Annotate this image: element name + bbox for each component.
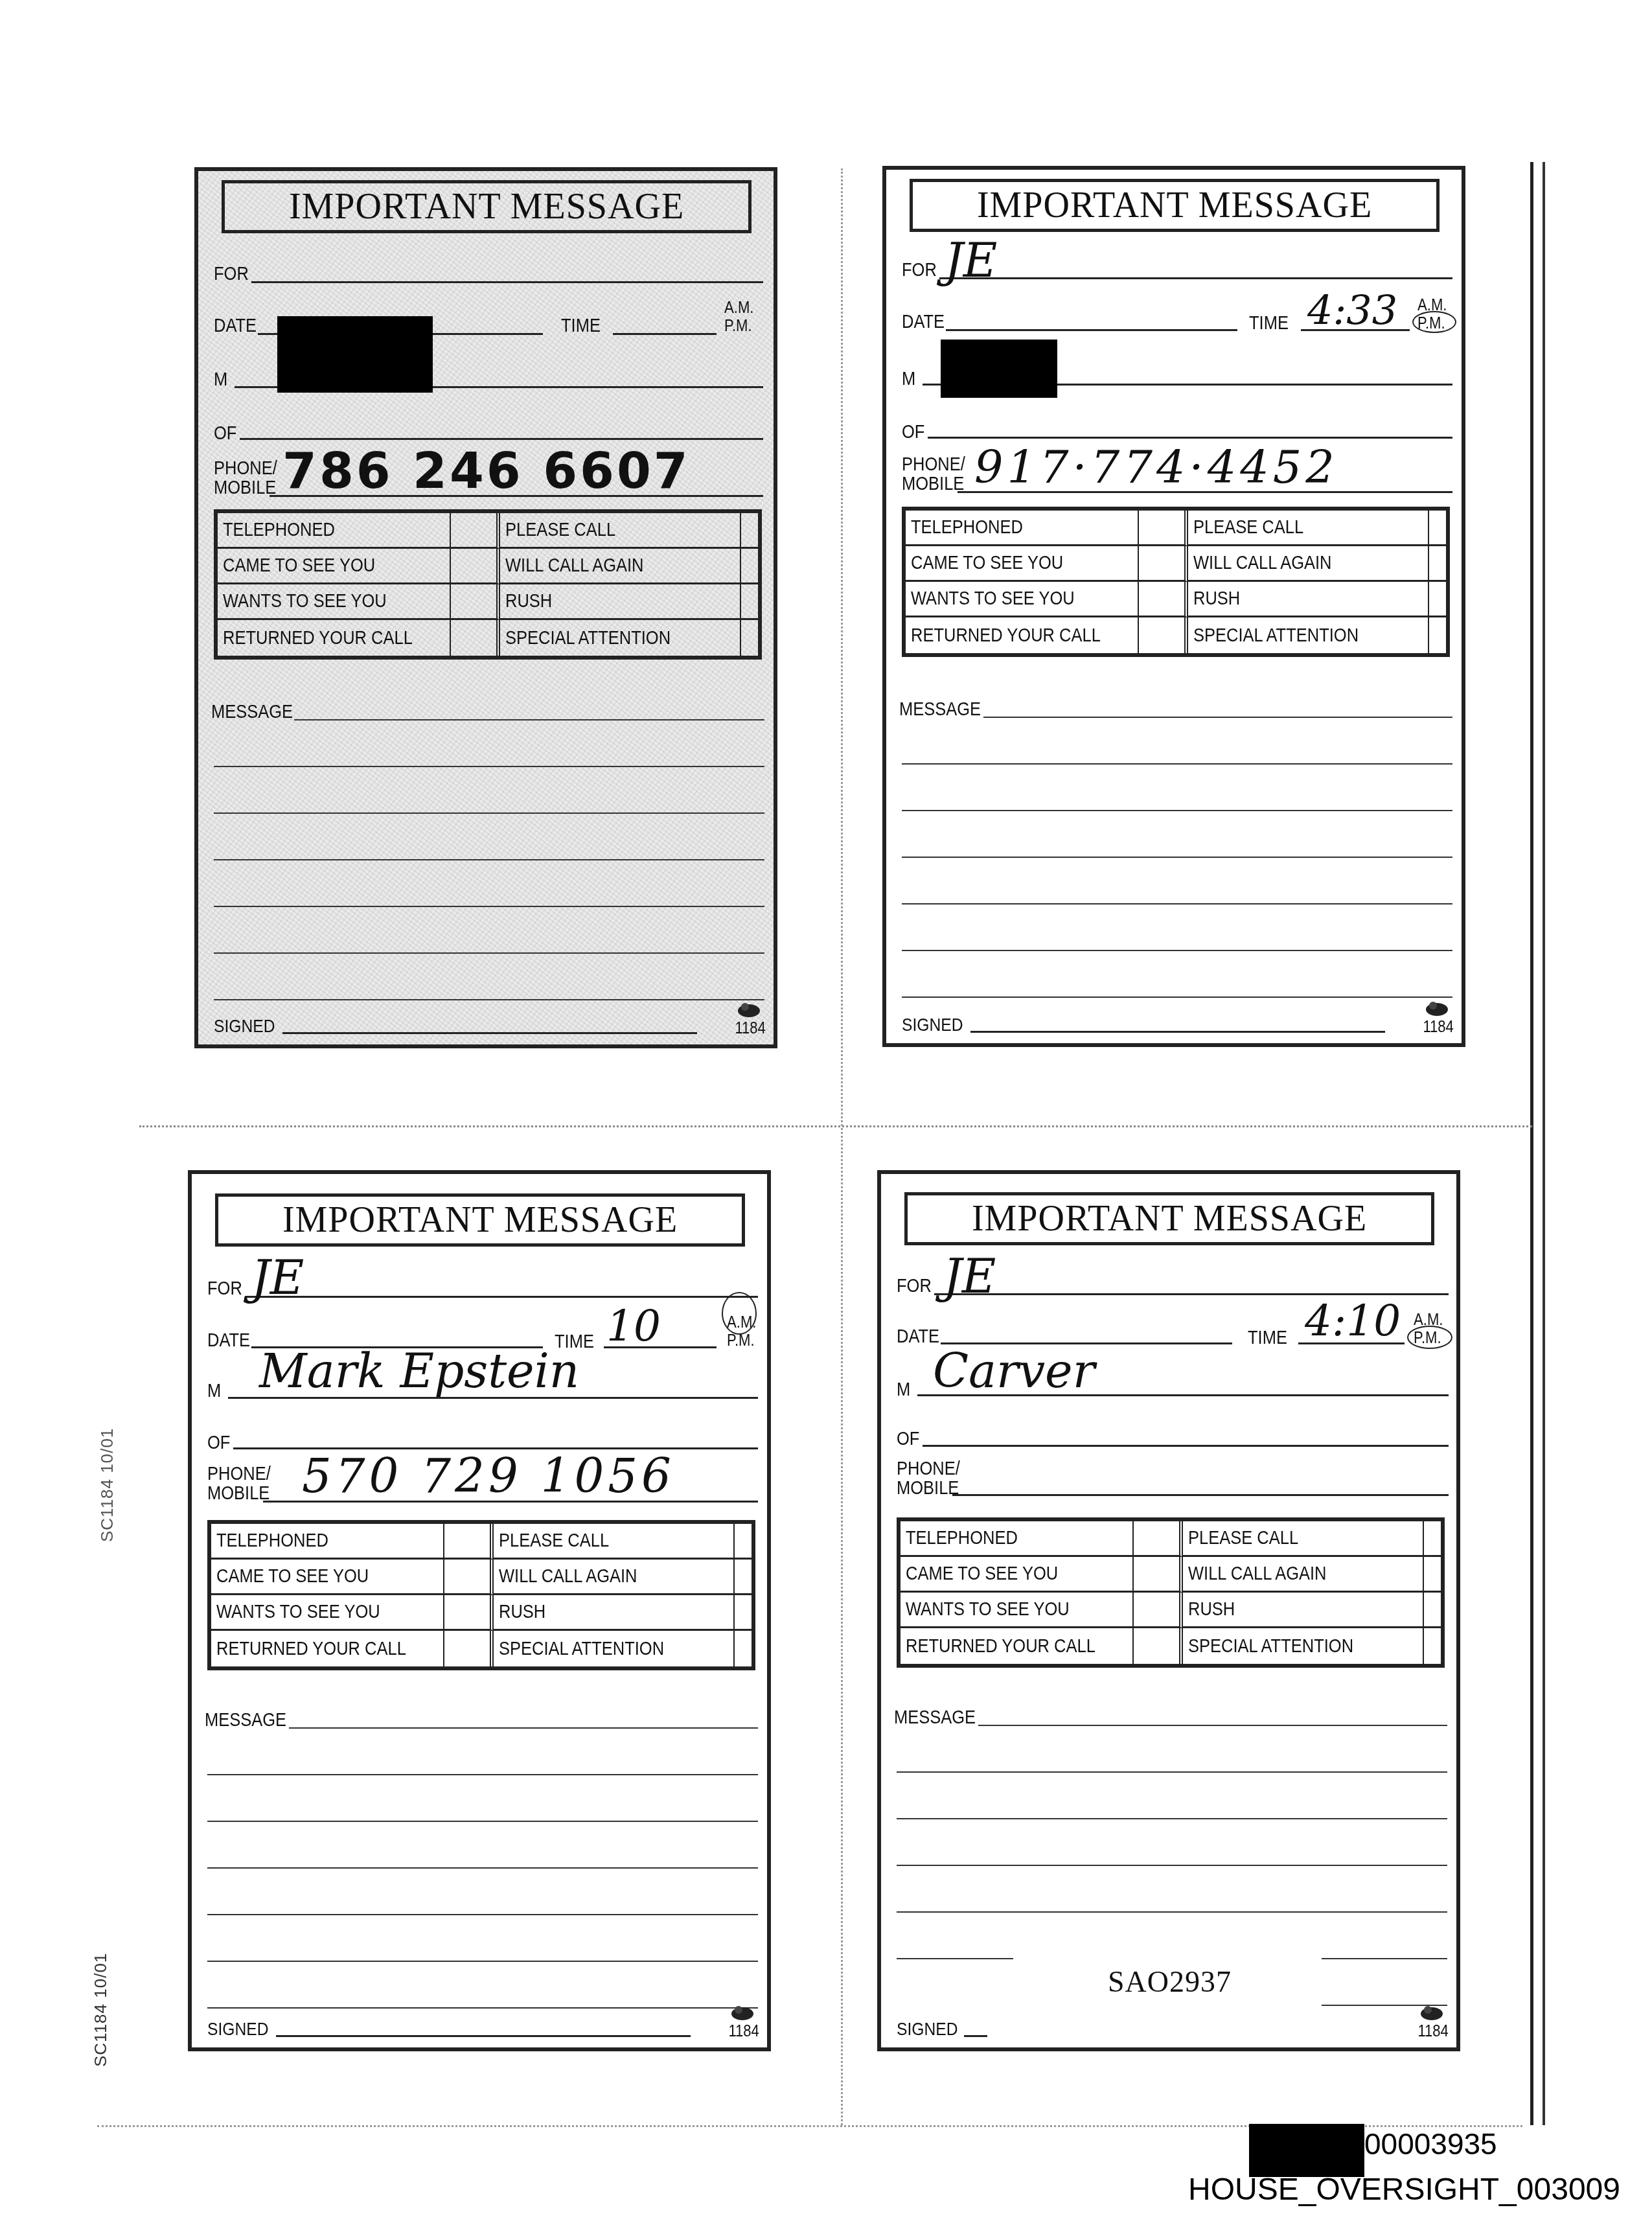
message-line [207, 1821, 758, 1822]
time-handwritten: 10 [606, 1301, 661, 1351]
phone-mobile-label: PHONE/MOBILE [214, 459, 277, 498]
side-form-code-lower: SC1184 10/01 [91, 1953, 111, 2067]
time-label: TIME [1249, 312, 1289, 334]
bates-redaction-box [1249, 2124, 1364, 2177]
check-label-special-attention: SPECIAL ATTENTION [500, 620, 741, 656]
signed-line [282, 1032, 697, 1034]
checkbox-will-call-again[interactable] [735, 1560, 751, 1595]
checkbox-rush[interactable] [1429, 582, 1446, 617]
message-label: MESSAGE [894, 1707, 976, 1729]
check-label-telephoned: TELEPHONED [218, 513, 451, 549]
bates-house-oversight: HOUSE_OVERSIGHT_003009 [1188, 2172, 1620, 2207]
check-label-wants-to-see-you: WANTS TO SEE YOU [901, 1593, 1134, 1628]
message-line [207, 2007, 758, 2009]
message-line [897, 1771, 1447, 1773]
check-label-came-to-see-you: CAME TO SEE YOU [218, 549, 451, 584]
time-line [613, 333, 717, 335]
printer-logo-icon [1419, 2003, 1445, 2021]
phone-mobile-label: PHONE/MOBILE [207, 1464, 271, 1503]
message-line [214, 859, 764, 860]
message-line [897, 1911, 1447, 1913]
perforation-vertical [841, 168, 843, 2125]
checkbox-came-to-see-you[interactable] [444, 1560, 494, 1595]
printer-logo-icon [736, 1000, 762, 1019]
checkbox-telephoned[interactable] [1139, 511, 1188, 546]
checkbox-grid: TELEPHONED PLEASE CALL CAME TO SEE YOU W… [902, 507, 1450, 657]
signed-label: SIGNED [902, 1015, 963, 1035]
of-line [923, 1445, 1449, 1447]
for-line [939, 277, 1452, 279]
message-label: MESSAGE [899, 698, 981, 720]
check-label-will-call-again: WILL CALL AGAIN [1183, 1557, 1424, 1593]
check-label-rush: RUSH [1188, 582, 1429, 617]
signed-label: SIGNED [897, 2019, 958, 2040]
for-line [934, 1293, 1449, 1295]
check-label-returned-your-call: RETURNED YOUR CALL [901, 1628, 1134, 1664]
message-line [902, 950, 1452, 951]
message-line [289, 1727, 758, 1729]
check-label-please-call: PLEASE CALL [1183, 1521, 1424, 1557]
check-label-wants-to-see-you: WANTS TO SEE YOU [211, 1595, 444, 1631]
scan-edge-border [1530, 162, 1545, 2125]
message-line [983, 717, 1452, 718]
checkbox-will-call-again[interactable] [1429, 546, 1446, 582]
slip-title: IMPORTANT MESSAGE [972, 1198, 1367, 1239]
of-label: OF [902, 421, 924, 443]
checkbox-will-call-again[interactable] [741, 549, 758, 584]
checkbox-returned-your-call[interactable] [451, 620, 500, 656]
for-label: FOR [214, 263, 249, 285]
signed-line [964, 2035, 987, 2037]
check-label-rush: RUSH [494, 1595, 735, 1631]
date-label: DATE [214, 315, 257, 337]
check-label-special-attention: SPECIAL ATTENTION [1183, 1628, 1424, 1664]
message-line [214, 952, 764, 954]
time-handwritten: 4:10 [1305, 1296, 1401, 1346]
message-line [207, 1867, 758, 1869]
check-label-telephoned: TELEPHONED [211, 1524, 444, 1560]
for-line [245, 1296, 758, 1298]
message-line [902, 996, 1452, 998]
slip-title-box: IMPORTANT MESSAGE [910, 179, 1440, 232]
checkbox-will-call-again[interactable] [1424, 1557, 1441, 1593]
slip-title-box: IMPORTANT MESSAGE [222, 180, 751, 233]
message-line [897, 1818, 1447, 1819]
checkbox-grid: TELEPHONED PLEASE CALL CAME TO SEE YOU W… [207, 1520, 755, 1670]
printer-logo-icon [729, 2003, 755, 2021]
message-line [207, 1774, 758, 1775]
check-label-special-attention: SPECIAL ATTENTION [494, 1631, 735, 1666]
check-label-will-call-again: WILL CALL AGAIN [494, 1560, 735, 1595]
signed-line [970, 1031, 1385, 1033]
sao-stamp: SAO2937 [1108, 1964, 1232, 1999]
side-form-code-upper: SC1184 10/01 [97, 1428, 117, 1542]
message-label: MESSAGE [211, 701, 293, 723]
check-label-came-to-see-you: CAME TO SEE YOU [906, 546, 1139, 582]
form-number: 1184 [735, 1018, 766, 1038]
check-label-will-call-again: WILL CALL AGAIN [500, 549, 741, 584]
check-label-returned-your-call: RETURNED YOUR CALL [906, 617, 1139, 653]
pm-circled-mark [1407, 1326, 1452, 1349]
phone-mobile-label: PHONE/MOBILE [897, 1459, 960, 1498]
message-line [902, 857, 1452, 858]
form-number: 1184 [728, 2021, 759, 2041]
date-label: DATE [207, 1330, 250, 1352]
check-label-returned-your-call: RETURNED YOUR CALL [218, 620, 451, 656]
check-label-will-call-again: WILL CALL AGAIN [1188, 546, 1429, 582]
check-label-wants-to-see-you: WANTS TO SEE YOU [906, 582, 1139, 617]
m-label: M [897, 1379, 910, 1401]
checkbox-wants-to-see-you[interactable] [444, 1595, 494, 1631]
message-line [214, 766, 764, 767]
checkbox-rush[interactable] [735, 1595, 751, 1631]
ampm-options: A.M.P.M. [724, 298, 753, 334]
signed-label: SIGNED [207, 2019, 268, 2040]
checkbox-special-attention[interactable] [735, 1631, 751, 1666]
for-handwritten: JE [943, 1249, 996, 1304]
redaction-box [941, 340, 1057, 398]
check-label-telephoned: TELEPHONED [906, 511, 1139, 546]
message-line [214, 999, 764, 1000]
checkbox-telephoned[interactable] [451, 513, 500, 549]
m-label: M [207, 1380, 221, 1402]
message-slip-bottom-left: IMPORTANT MESSAGE FOR JE DATE TIME 10 A.… [188, 1170, 771, 2051]
message-slip-top-left: IMPORTANT MESSAGE FOR DATE TIME A.M.P.M.… [194, 167, 777, 1048]
form-number: 1184 [1417, 2021, 1449, 2041]
date-label: DATE [902, 311, 945, 333]
of-label: OF [207, 1432, 230, 1454]
check-label-came-to-see-you: CAME TO SEE YOU [211, 1560, 444, 1595]
message-line [902, 763, 1452, 765]
checkbox-please-call[interactable] [735, 1524, 751, 1560]
phone-handwritten: 917·774·4452 [974, 441, 1338, 494]
for-label: FOR [897, 1275, 932, 1297]
m-label: M [902, 368, 915, 390]
checkbox-returned-your-call[interactable] [1139, 617, 1188, 653]
phone-line [952, 1494, 1449, 1496]
form-number: 1184 [1423, 1017, 1454, 1037]
message-line [294, 719, 764, 720]
m-label: M [214, 369, 227, 391]
message-line [978, 1725, 1447, 1726]
time-label: TIME [1248, 1327, 1287, 1349]
checkbox-please-call[interactable] [741, 513, 758, 549]
checkbox-rush[interactable] [1424, 1593, 1441, 1628]
for-line [251, 281, 763, 283]
message-line [214, 812, 764, 814]
check-label-please-call: PLEASE CALL [500, 513, 741, 549]
checkbox-special-attention[interactable] [741, 620, 758, 656]
time-handwritten: 4:33 [1307, 286, 1397, 334]
check-label-please-call: PLEASE CALL [1188, 511, 1429, 546]
slip-title-box: IMPORTANT MESSAGE [215, 1193, 745, 1247]
of-line [928, 437, 1452, 439]
message-line [207, 1961, 758, 1962]
message-line [214, 906, 764, 907]
of-line [240, 438, 763, 440]
checkbox-telephoned[interactable] [444, 1524, 494, 1560]
checkbox-rush[interactable] [741, 584, 758, 620]
am-circled-mark [722, 1292, 757, 1335]
message-label: MESSAGE [205, 1709, 286, 1731]
m-handwritten: Mark Epstein [259, 1344, 579, 1398]
m-handwritten: Carver [933, 1344, 1095, 1398]
check-label-wants-to-see-you: WANTS TO SEE YOU [218, 584, 451, 620]
check-label-special-attention: SPECIAL ATTENTION [1188, 617, 1429, 653]
perforation-horizontal [139, 1125, 1532, 1127]
checkbox-wants-to-see-you[interactable] [1134, 1593, 1183, 1628]
scanned-page: SC1184 10/01 SC1184 10/01 IMPORTANT MESS… [0, 0, 1652, 2223]
checkbox-please-call[interactable] [1429, 511, 1446, 546]
slip-title-box: IMPORTANT MESSAGE [904, 1192, 1434, 1245]
signed-line [276, 2035, 691, 2037]
redaction-box [277, 316, 433, 393]
checkbox-wants-to-see-you[interactable] [1139, 582, 1188, 617]
slip-title: IMPORTANT MESSAGE [282, 1199, 678, 1241]
message-line [902, 810, 1452, 811]
checkbox-came-to-see-you[interactable] [1139, 546, 1188, 582]
checkbox-please-call[interactable] [1424, 1521, 1441, 1557]
printer-logo-icon [1424, 999, 1450, 1017]
of-label: OF [214, 422, 236, 444]
check-label-please-call: PLEASE CALL [494, 1524, 735, 1560]
message-line [897, 1958, 1013, 1959]
checkbox-came-to-see-you[interactable] [451, 549, 500, 584]
message-slip-bottom-right: IMPORTANT MESSAGE FOR JE DATE TIME 4:10 … [877, 1170, 1460, 2051]
for-label: FOR [207, 1278, 242, 1300]
checkbox-came-to-see-you[interactable] [1134, 1557, 1183, 1593]
checkbox-telephoned[interactable] [1134, 1521, 1183, 1557]
check-label-rush: RUSH [500, 584, 741, 620]
slip-title: IMPORTANT MESSAGE [289, 186, 684, 227]
time-label: TIME [561, 315, 601, 337]
message-line [897, 1865, 1447, 1866]
bates-control-number: 00003935 [1364, 2126, 1497, 2161]
signed-label: SIGNED [214, 1016, 275, 1037]
pm-circled-mark [1412, 311, 1456, 333]
check-label-returned-your-call: RETURNED YOUR CALL [211, 1631, 444, 1666]
checkbox-special-attention[interactable] [1429, 617, 1446, 653]
check-label-rush: RUSH [1183, 1593, 1424, 1628]
for-handwritten: JE [945, 233, 997, 288]
checkbox-returned-your-call[interactable] [1134, 1628, 1183, 1664]
checkbox-special-attention[interactable] [1424, 1628, 1441, 1664]
for-handwritten: JE [251, 1250, 304, 1305]
checkbox-wants-to-see-you[interactable] [451, 584, 500, 620]
of-label: OF [897, 1428, 919, 1450]
message-line [207, 1914, 758, 1915]
checkbox-grid: TELEPHONED PLEASE CALL CAME TO SEE YOU W… [897, 1517, 1445, 1668]
slip-title: IMPORTANT MESSAGE [977, 185, 1372, 226]
checkbox-returned-your-call[interactable] [444, 1631, 494, 1666]
checkbox-grid: TELEPHONED PLEASE CALL CAME TO SEE YOU W… [214, 509, 762, 660]
message-slip-top-right: IMPORTANT MESSAGE FOR JE DATE TIME 4:33 … [882, 166, 1465, 1047]
for-label: FOR [902, 259, 937, 281]
phone-mobile-label: PHONE/MOBILE [902, 455, 965, 494]
check-label-telephoned: TELEPHONED [901, 1521, 1134, 1557]
message-line [1322, 1958, 1447, 1959]
message-line [902, 903, 1452, 904]
date-line [946, 329, 1237, 331]
phone-handwritten: 786 246 6607 [282, 442, 691, 500]
check-label-came-to-see-you: CAME TO SEE YOU [901, 1557, 1134, 1593]
phone-handwritten: 570 729 1056 [302, 1449, 675, 1503]
